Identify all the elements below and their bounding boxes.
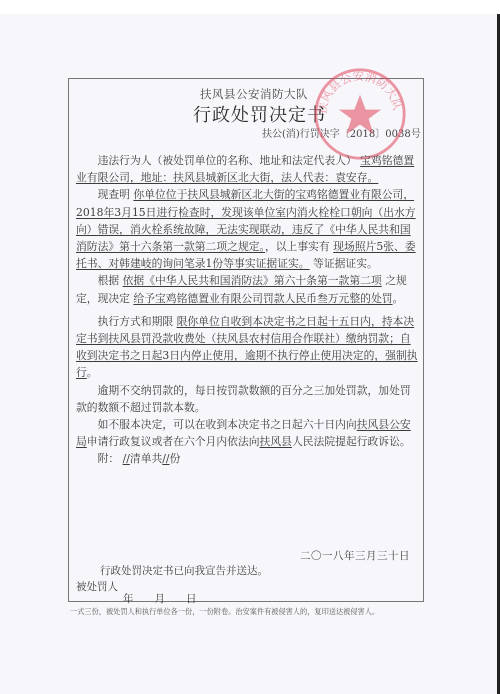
penalty-value: 给予宝鸡铭德置业有限公司罚款人民币叁万元整的处罚 <box>133 292 392 305</box>
appeal-paragraph: 如不服本决定，可以在收到本决定书之日起六十日内向扶风县公安局申请行政复议或者在六… <box>76 416 421 450</box>
attachment-line: 附： //清单共//份 <box>76 450 421 467</box>
footnote: 一式三份，被处罚人和执行单位各一份，一份附卷。治安案件有被侵害人的，复印送达被侵… <box>70 607 379 617</box>
execution-paragraph: 执行方式和期限 限你单位自收到本决定书之日起十五日内，持本决定书到扶风县罚没款收… <box>76 313 421 382</box>
document-body: 违法行为人（被处罚单位的名称、地址和法定代表人） 宝鸡铭德置业有限公司，地址：扶… <box>76 152 421 468</box>
scan-top-margin <box>0 0 500 14</box>
issue-date: 二〇一八年三月三十日 <box>300 548 410 563</box>
signature-date-blank: 年 月 日 <box>123 591 197 606</box>
court-name: 扶风县 <box>260 435 292 448</box>
findings-paragraph: 现查明 你单位位于扶风县城新区北大街的宝鸡铭德置业有限公司，2018年3月15日… <box>76 186 421 272</box>
acknowledgement-text: 行政处罚决定书已向我宣告并送达。 <box>100 563 268 578</box>
legal-basis: 依据《中华人民共和国消防法》第六十条第一款第二项 <box>123 274 382 287</box>
recipient-label: 被处罚人 <box>76 579 118 594</box>
document-title: 行政处罚决定书 <box>193 101 326 127</box>
decision-paragraph: 根据 依据《中华人民共和国消防法》第六十条第一款第二项 之规定，现决定 给予宝鸡… <box>76 272 421 306</box>
issuing-org: 扶风县公安消防大队 <box>200 86 308 102</box>
document-number: 扶公(消)行罚决字〔2018〕0038号 <box>262 125 421 140</box>
violator-paragraph: 违法行为人（被处罚单位的名称、地址和法定代表人） 宝鸡铭德置业有限公司，地址：扶… <box>76 152 421 186</box>
late-fee-paragraph: 逾期不交纳罚款的，每日按罚款数额的百分之三加处罚款，加处罚款的数额不超过罚款本数… <box>76 382 421 416</box>
